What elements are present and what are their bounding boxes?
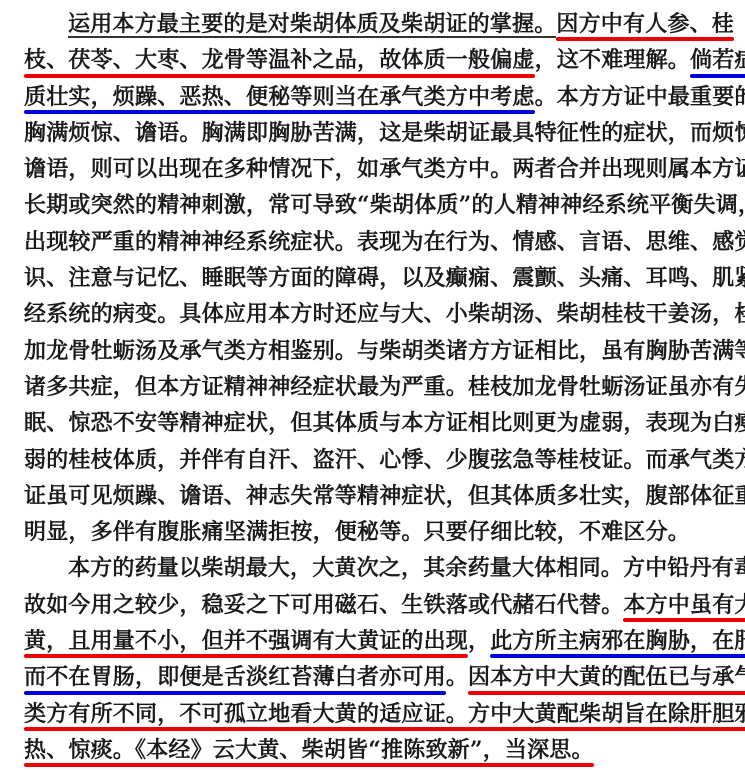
underlined-text-blue: 倘若症见体 — [690, 42, 745, 78]
text-line-9: 经系统的病变。具体应用本方时还应与大、小柴胡汤、柴胡桂枝干姜汤，桂枝 — [24, 296, 724, 332]
underlined-text-red: 因本方中大黄的配伍已与承气 — [468, 659, 745, 695]
underlined-text-red: 枝、茯苓、大枣、龙骨等温补之品，故体质一般偏虚 — [24, 42, 535, 78]
text-segment: 谵语，则可以出现在多种情况下，如承气类方中。两者合并出现则属本方证。 — [24, 151, 745, 187]
text-segment: 明显，多伴有腹胀痛坚满拒按，便秘等。只要仔细比较，不难区分。 — [24, 514, 690, 550]
text-segment: 。本方方证中最重要的是 — [535, 79, 745, 115]
text-line-20: 类方有所不同，不可孤立地看大黄的适应证。方中大黄配柴胡旨在除肝胆邪 — [24, 696, 724, 732]
underlined-text-red: 本方中虽有大 — [623, 587, 745, 623]
text-segment: 胸满烦惊、谵语。胸满即胸胁苦满，这是柴胡证最具特征性的症状，而烦惊、 — [24, 115, 745, 151]
text-line-11: 诸多共症，但本方证精神神经症状最为严重。桂枝加龙骨牡蛎汤证虽亦有失 — [24, 369, 724, 405]
text-line-13: 弱的桂枝体质，并伴有自汗、盗汗、心悸、少腹弦急等桂枝证。而承气类方方 — [24, 442, 724, 478]
underlined-text-red: 热、惊痰。《本经》云大黄、柴胡皆“推陈致新”，当深思。 — [24, 732, 594, 768]
underlined-text-red: 黄，且用量不小，但并不强调有大黄证的出现 — [24, 623, 468, 659]
text-line-14: 证虽可见烦躁、谵语、神志失常等精神症状，但其体质多壮实，腹部体征重而 — [24, 478, 724, 514]
text-segment: 弱的桂枝体质，并伴有自汗、盗汗、心悸、少腹弦急等桂枝证。而承气类方方 — [24, 442, 745, 478]
text-line-17: 故如今用之较少，稳妥之下可用磁石、生铁落或代赭石代替。本方中虽有大 — [24, 587, 724, 623]
text-line-4: 胸满烦惊、谵语。胸满即胸胁苦满，这是柴胡证最具特征性的症状，而烦惊、 — [24, 115, 724, 151]
text-segment: 故如今用之较少，稳妥之下可用磁石、生铁落或代赭石代替。 — [24, 587, 623, 623]
text-line-21: 热、惊痰。《本经》云大黄、柴胡皆“推陈致新”，当深思。 — [24, 732, 724, 768]
text-line-8: 识、注意与记忆、睡眠等方面的障碍，以及癫痫、震颤、头痛、耳鸣、肌紧张等神 — [24, 260, 724, 296]
text-segment: 。 — [446, 659, 468, 695]
underlined-text-red: 类方有所不同，不可孤立地看大黄的适应证。方中大黄配柴胡旨在除肝胆邪 — [24, 696, 745, 732]
text-line-15: 明显，多伴有腹胀痛坚满拒按，便秘等。只要仔细比较，不难区分。 — [24, 514, 724, 550]
underlined-text-red: 因方中有人参、桂 — [556, 6, 734, 42]
underlined-text-blue: 此方所主病邪在胸胁，在肝胆， — [490, 623, 745, 659]
underlined-text-blue: 而不在胃肠，即便是舌淡红苔薄白者亦可用 — [24, 659, 446, 695]
text-line-6: 长期或突然的精神刺激，常可导致“柴胡体质”的人精神神经系统平衡失调， — [24, 187, 724, 223]
text-segment: 证虽可见烦躁、谵语、神志失常等精神症状，但其体质多壮实，腹部体征重而 — [24, 478, 745, 514]
underlined-text-dark: 运用本方最主要的是对柴胡体质及柴胡证的掌握。 — [68, 6, 556, 42]
underlined-text-blue: 质壮实，烦躁、恶热、便秘等则当在承气类方中考虑 — [24, 79, 535, 115]
text-line-7: 出现较严重的精神神经系统症状。表现为在行为、情感、言语、思维、感觉、意 — [24, 224, 724, 260]
text-line-5: 谵语，则可以出现在多种情况下，如承气类方中。两者合并出现则属本方证。 — [24, 151, 724, 187]
text-line-18: 黄，且用量不小，但并不强调有大黄证的出现，此方所主病邪在胸胁，在肝胆， — [24, 623, 724, 659]
text-segment: ， — [468, 623, 490, 659]
text-segment: 长期或突然的精神刺激，常可导致“柴胡体质”的人精神神经系统平衡失调， — [24, 187, 745, 223]
text-line-2: 枝、茯苓、大枣、龙骨等温补之品，故体质一般偏虚，这不难理解。倘若症见体 — [24, 42, 724, 78]
text-segment: 诸多共症，但本方证精神神经症状最为严重。桂枝加龙骨牡蛎汤证虽亦有失 — [24, 369, 745, 405]
text-segment: 本方的药量以柴胡最大，大黄次之，其余药量大体相同。方中铅丹有毒， — [68, 550, 745, 586]
text-line-12: 眠、惊恐不安等精神症状，但其体质与本方证相比则更为虚弱，表现为白瘦体 — [24, 405, 724, 441]
text-line-3: 质壮实，烦躁、恶热、便秘等则当在承气类方中考虑。本方方证中最重要的是 — [24, 79, 724, 115]
text-segment: 出现较严重的精神神经系统症状。表现为在行为、情感、言语、思维、感觉、意 — [24, 224, 745, 260]
text-segment: 识、注意与记忆、睡眠等方面的障碍，以及癫痫、震颤、头痛、耳鸣、肌紧张等神 — [24, 260, 745, 296]
document-page: 运用本方最主要的是对柴胡体质及柴胡证的掌握。因方中有人参、桂 枝、茯苓、大枣、龙… — [24, 6, 724, 768]
text-segment: ，这不难理解。 — [535, 42, 690, 78]
text-line-16: 本方的药量以柴胡最大，大黄次之，其余药量大体相同。方中铅丹有毒， — [24, 550, 724, 586]
text-segment: 眠、惊恐不安等精神症状，但其体质与本方证相比则更为虚弱，表现为白瘦体 — [24, 405, 745, 441]
text-line-10: 加龙骨牡蛎汤及承气类方相鉴别。与柴胡类诸方方证相比，虽有胸胁苦满等 — [24, 333, 724, 369]
text-line-19: 而不在胃肠，即便是舌淡红苔薄白者亦可用。因本方中大黄的配伍已与承气 — [24, 659, 724, 695]
text-segment: 经系统的病变。具体应用本方时还应与大、小柴胡汤、柴胡桂枝干姜汤，桂枝 — [24, 296, 745, 332]
text-segment: 加龙骨牡蛎汤及承气类方相鉴别。与柴胡类诸方方证相比，虽有胸胁苦满等 — [24, 333, 745, 369]
text-line-1: 运用本方最主要的是对柴胡体质及柴胡证的掌握。因方中有人参、桂 — [24, 6, 724, 42]
